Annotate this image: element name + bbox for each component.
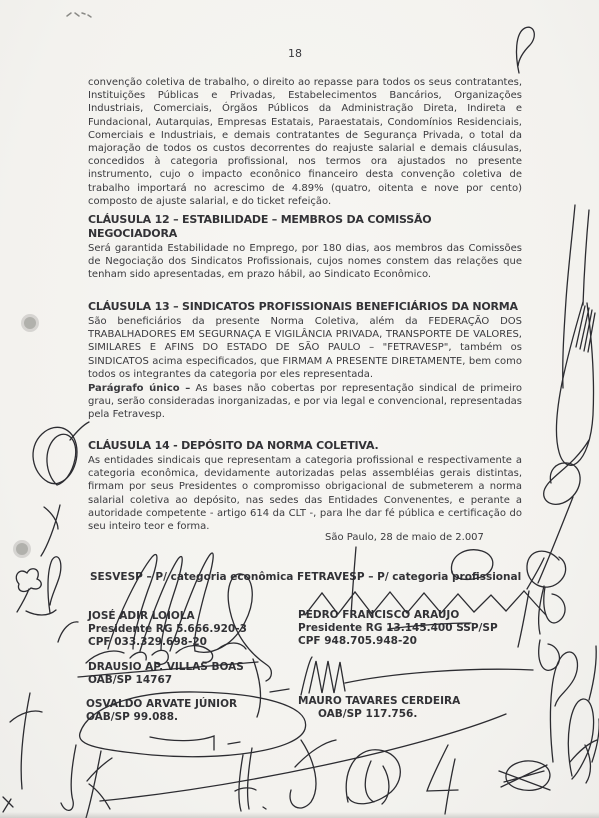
scan-bottom-shadow (0, 812, 599, 818)
intro-paragraph: convenção coletiva de trabalho, o direit… (88, 76, 522, 208)
pen-stroke (309, 661, 345, 693)
top-left-pen-marks (67, 13, 91, 17)
pen-stroke (556, 302, 593, 465)
signatory-name: PEDRO FRANCISCO ARAUJO (298, 609, 498, 622)
pen-stroke (539, 640, 560, 670)
signatory-name: DRAUSIO AP. VILLAS BOAS (88, 661, 244, 674)
signatory-name: MAURO TAVARES CERDEIRA (298, 695, 460, 708)
clause-13-title: CLÁUSULA 13 – SINDICATOS PROFISSIONAIS B… (88, 300, 522, 314)
pen-stroke (539, 586, 544, 634)
clause-12: CLÁUSULA 12 – ESTABILIDADE – MEMBROS DA … (88, 213, 522, 282)
pen-stroke (253, 659, 260, 717)
clause-13: CLÁUSULA 13 – SINDICATOS PROFISSIONAIS B… (88, 300, 522, 422)
pen-stroke (130, 652, 146, 660)
pen-stroke (499, 761, 550, 790)
pen-stroke (228, 742, 240, 744)
signature-scrawl-mauro (301, 657, 533, 695)
pen-stroke (346, 750, 400, 804)
signatory-cpf: CPF 033.329.698-20 (88, 636, 247, 649)
signatory-mauro-tavares-cerdeira: MAURO TAVARES CERDEIRA OAB/SP 117.756. (298, 695, 460, 721)
pen-stroke (592, 719, 599, 762)
signature-scrawl-right-margin (527, 205, 595, 634)
clause-14: CLÁUSULA 14 - DEPÓSITO DA NORMA COLETIVA… (88, 439, 522, 533)
pen-stroke (570, 740, 597, 783)
pen-stroke (527, 558, 544, 589)
signature-scrawl-top-right (517, 27, 535, 73)
signatory-drausio-villas-boas: DRAUSIO AP. VILLAS BOAS OAB/SP 14767 (88, 661, 244, 687)
signature-scrawl-right-lower (518, 587, 599, 779)
pen-stroke (61, 745, 76, 810)
clause-12-title: CLÁUSULA 12 – ESTABILIDADE – MEMBROS DA … (88, 213, 522, 241)
signatory-rg: Presidente RG 13.145.400 SSP/SP (298, 622, 498, 635)
pen-stroke (270, 689, 289, 692)
signature-scrawls-bottom-row (61, 740, 597, 818)
pen-stroke (544, 587, 565, 623)
pen-stroke (345, 669, 533, 683)
pen-stroke (16, 569, 41, 592)
pen-stroke (47, 434, 76, 485)
pen-stroke (568, 699, 593, 779)
signature-header-left: SESVESP – P/ categoria econômica (90, 571, 293, 583)
binder-hole (21, 314, 39, 332)
page-number: 18 (288, 47, 302, 60)
pen-stroke (26, 610, 56, 615)
signatory-cpf: CPF 948.705.948-20 (298, 635, 498, 648)
signature-header-right: FETRAVESP – P/ categoria profissional (297, 571, 521, 583)
binder-hole (24, 317, 36, 329)
scanned-document-page: 18 convenção coletiva de trabalho, o dir… (0, 0, 599, 818)
pen-stroke (538, 497, 573, 583)
sole-paragraph-label: Parágrafo único – (88, 383, 190, 394)
signatory-osvaldo-arvate-junior: OSVALDO ARVATE JÚNIOR OAB/SP 99.088. (86, 698, 237, 724)
pen-stroke (33, 427, 77, 483)
pen-stroke (41, 505, 60, 556)
signatory-rg: Presidente RG 5.666.920-3 (88, 623, 247, 636)
pen-stroke (17, 589, 29, 612)
signature-scrawl-left-margin (16, 422, 89, 642)
signatory-name: JOSÉ ADIR LOIOLA (88, 610, 247, 623)
signatory-oab: OAB/SP 99.088. (86, 711, 237, 724)
pen-stroke (58, 622, 78, 642)
clause-14-body: As entidades sindicais que representam a… (88, 454, 522, 533)
pen-stroke (21, 693, 30, 789)
pen-stroke (100, 714, 506, 801)
pen-stroke (86, 751, 112, 818)
pen-stroke (527, 551, 566, 587)
pen-stroke (427, 745, 458, 814)
pen-stroke (518, 591, 529, 647)
pen-stroke (517, 27, 535, 73)
signatory-pedro-francisco-araujo: PEDRO FRANCISCO ARAUJO Presidente RG 13.… (298, 609, 498, 648)
signatory-oab: OAB/SP 14767 (88, 674, 244, 687)
pen-stroke (524, 591, 546, 615)
pen-stroke (10, 711, 42, 722)
dateline: São Paulo, 28 de maio de 2.007 (325, 532, 484, 543)
pen-stroke (563, 205, 575, 388)
pen-stroke (67, 13, 91, 17)
pen-stroke (70, 422, 89, 440)
pen-stroke (290, 740, 336, 808)
pen-stroke (589, 646, 596, 700)
clause-14-title: CLÁUSULA 14 - DEPÓSITO DA NORMA COLETIVA… (88, 439, 522, 453)
clause-13-sole-paragraph: Parágrafo único – As bases não cobertas … (88, 382, 522, 422)
clause-12-body: Será garantida Estabilidade no Emprego, … (88, 242, 522, 282)
signatory-name: OSVALDO ARVATE JÚNIOR (86, 698, 237, 711)
signatory-jose-adir-loiola: JOSÉ ADIR LOIOLA Presidente RG 5.666.920… (88, 610, 247, 649)
binder-hole (16, 543, 28, 555)
left-margin-hole-marks (13, 314, 39, 558)
pen-stroke (3, 797, 13, 812)
pen-stroke (544, 440, 589, 504)
pen-stroke (301, 657, 312, 695)
clause-13-body: São beneficiários da presente Norma Cole… (88, 315, 522, 381)
pen-stroke (576, 306, 595, 352)
signatory-oab: OAB/SP 117.756. (298, 708, 460, 721)
pen-stroke (48, 557, 61, 613)
pen-stroke (150, 736, 214, 750)
pen-stroke (583, 210, 589, 305)
pen-stroke (235, 748, 266, 811)
binder-hole (13, 540, 31, 558)
pen-stroke (550, 652, 577, 762)
